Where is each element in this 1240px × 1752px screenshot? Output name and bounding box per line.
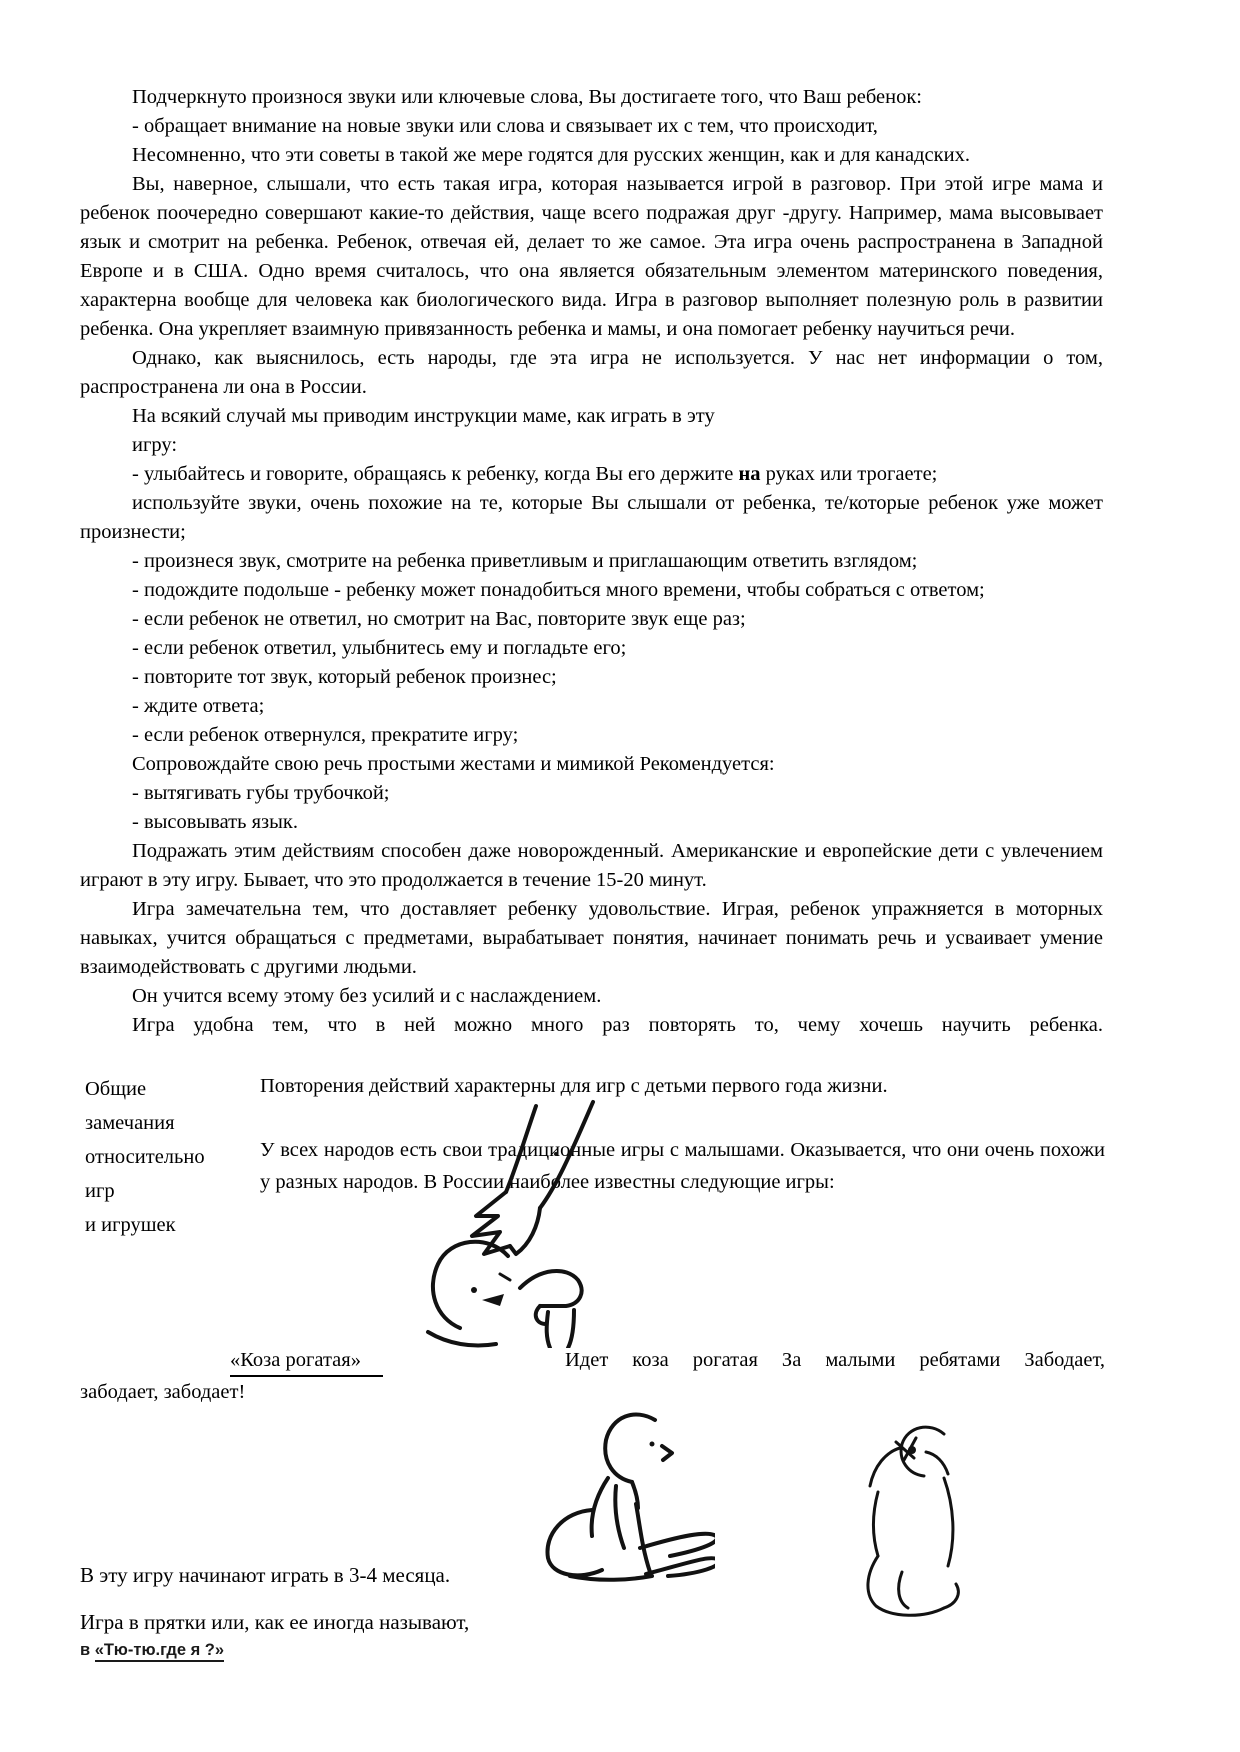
margin-note-line: Общие	[85, 1072, 257, 1106]
paragraph: используйте звуки, очень похожие на те, …	[80, 489, 1103, 547]
koza-rhyme-line1: Идет коза рогатая За малыми ребятами Заб…	[565, 1346, 1105, 1375]
repetition-paragraph: Повторения действий характерны для игр с…	[260, 1072, 1105, 1101]
margin-note-line: относительно	[85, 1140, 257, 1174]
paragraph: На всякий случай мы приводим инструкции …	[80, 402, 1103, 431]
paragraph: Сопровождайте свою речь простыми жестами…	[80, 750, 1103, 779]
paragraph: - повторите тот звук, который ребенок пр…	[80, 663, 1103, 692]
koza-caption-row: «Коза рогатая» Идет коза рогатая За малы…	[80, 1346, 1105, 1377]
tyu-tyu-prefix: в	[80, 1641, 95, 1659]
paragraph: Он учится всему этому без усилий и с нас…	[80, 982, 1103, 1011]
margin-note-line: игр	[85, 1174, 257, 1208]
paragraph: Несомненно, что эти советы в такой же ме…	[80, 141, 1103, 170]
tyu-tyu-line: в «Тю-тю.где я ?»	[80, 1641, 224, 1660]
paragraph: Вы, наверное, слышали, что есть такая иг…	[80, 170, 1103, 344]
paragraph: - обращает внимание на новые звуки или с…	[80, 112, 1103, 141]
paragraph: - если ребенок ответил, улыбнитесь ему и…	[80, 634, 1103, 663]
margin-note-line: замечания	[85, 1106, 257, 1140]
sitting-baby-illustration	[540, 1408, 715, 1583]
hide-and-seek-paragraph: Игра в прятки или, как ее иногда называю…	[80, 1610, 469, 1635]
paragraph: - если ребенок отвернулся, прекратите иг…	[80, 721, 1103, 750]
hiding-person-illustration	[852, 1422, 972, 1622]
paragraph: - если ребенок не ответил, но смотрит на…	[80, 605, 1103, 634]
paragraph: Подражать этим действиям способен даже н…	[80, 837, 1103, 895]
koza-rhyme-line2: забодает, забодает!	[80, 1378, 245, 1407]
age-paragraph: В эту игру начинают играть в 3-4 месяца.	[80, 1563, 450, 1588]
paragraph: - ждите ответа;	[80, 692, 1103, 721]
paragraph: - высовывать язык.	[80, 808, 1103, 837]
hand-and-baby-illustration	[388, 1096, 623, 1348]
paragraph: Игра замечательна тем, что доставляет ре…	[80, 895, 1103, 982]
margin-note: Общие замечания относительно игр и игруш…	[85, 1072, 257, 1242]
paragraph: Однако, как выяснилось, есть народы, где…	[80, 344, 1103, 402]
koza-caption: «Коза рогатая»	[230, 1346, 383, 1377]
tyu-tyu-title: «Тю-тю.где я ?»	[95, 1641, 224, 1662]
document-page: Подчеркнуто произнося звуки или ключевые…	[0, 0, 1240, 1752]
paragraph: игру:	[80, 431, 1103, 460]
paragraph: Игра удобна тем, что в ней можно много р…	[80, 1011, 1103, 1040]
paragraph: - вытягивать губы трубочкой;	[80, 779, 1103, 808]
paragraph: - произнеся звук, смотрите на ребенка пр…	[80, 547, 1103, 576]
margin-note-line: и игрушек	[85, 1208, 257, 1242]
paragraph: - подождите подольше - ребенку может пон…	[80, 576, 1103, 605]
paragraph: - улыбайтесь и говорите, обращаясь к реб…	[80, 460, 1103, 489]
traditional-games-paragraph: У всех народов есть свои традиционные иг…	[260, 1134, 1105, 1198]
paragraph: Подчеркнуто произнося звуки или ключевые…	[80, 83, 1103, 112]
main-text: Подчеркнуто произнося звуки или ключевые…	[80, 83, 1103, 1040]
